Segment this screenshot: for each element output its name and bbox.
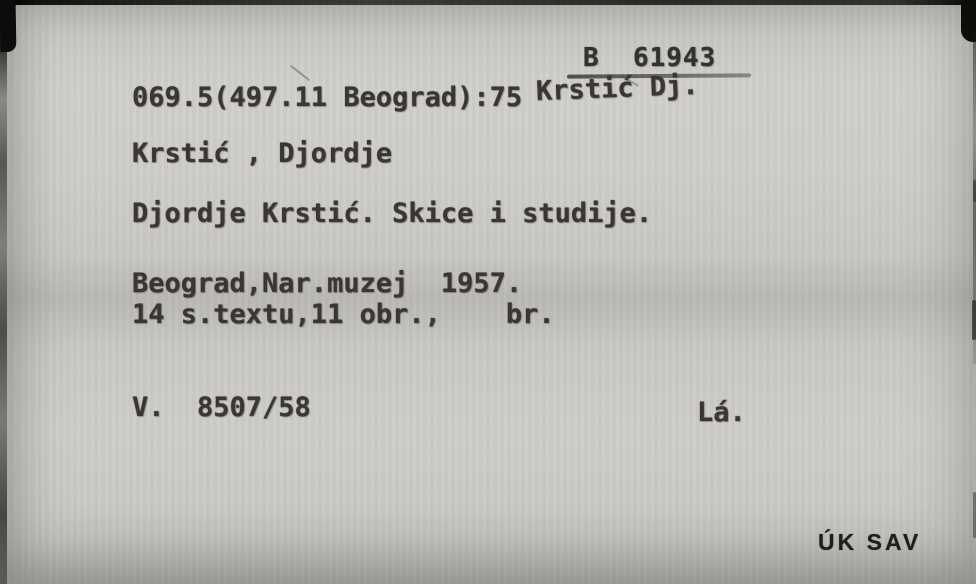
accession-number: V. 8507/58 bbox=[132, 394, 311, 422]
classification-suffix: Krstić Dj. bbox=[536, 72, 700, 107]
call-number: B 61943 bbox=[583, 45, 716, 72]
library-stamp: ÚK SAV bbox=[818, 529, 921, 556]
title-statement: Djordje Krstić. Skice i studije. bbox=[132, 200, 652, 228]
imprint-line: Beograd,Nar.muzej 1957. bbox=[132, 270, 522, 298]
classification-line: 069.5(497.11 Beograd):75 Krstić Dj. bbox=[132, 84, 699, 112]
author-heading: Krstić , Djordje bbox=[132, 140, 392, 168]
scan-edge-mark bbox=[972, 300, 976, 340]
classification-code: 069.5(497.11 Beograd):75 bbox=[132, 84, 522, 112]
catalog-card-scan: B 61943 069.5(497.11 Beograd):75 Krstić … bbox=[0, 0, 976, 584]
paper-scratch bbox=[290, 65, 310, 81]
scan-corner-notch-top-left bbox=[0, 0, 16, 52]
scan-edge-left bbox=[0, 0, 7, 584]
cataloguer-initials: Lá. bbox=[697, 399, 746, 427]
scan-edge-top bbox=[0, 0, 976, 5]
collation-line: 14 s.textu,11 obr., br. bbox=[132, 301, 555, 329]
